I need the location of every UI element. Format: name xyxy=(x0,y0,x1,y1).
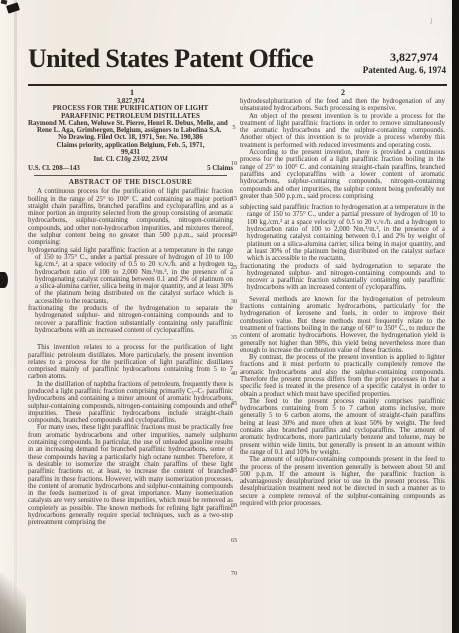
pencil-mark: 1 xyxy=(428,16,434,27)
body-divider-rule xyxy=(88,339,173,340)
body-paragraph: By contrast, the process of the present … xyxy=(240,354,445,398)
line-number: 15 xyxy=(228,195,240,202)
abstract-paragraph: hydrogenating said light paraffinic frac… xyxy=(28,247,233,305)
line-number: 60 xyxy=(228,502,240,509)
body-paragraph: In the distillation of naphtha fractions… xyxy=(28,381,233,425)
line-number: 70 xyxy=(228,570,240,577)
gutter-line-numbers: 5 10 15 20 25 30 35 40 45 50 55 60 65 70 xyxy=(228,0,240,633)
filing-line: No Drawing. Filed Oct. 18, 1971, Ser. No… xyxy=(28,134,233,141)
left-column: 3,827,974 PROCESS FOR THE PURIFICATION O… xyxy=(28,98,233,527)
line-number: 20 xyxy=(228,231,240,238)
line-number: 40 xyxy=(228,370,240,377)
priority-line-1: Claims priority, application Belgium, Fe… xyxy=(28,142,233,149)
us-cl: U.S. Cl. 208—143 xyxy=(28,165,80,172)
claim-step-paragraph: subjecting said paraffinic fraction to h… xyxy=(240,204,445,262)
int-cl-label: Int. Cl. xyxy=(93,156,116,163)
body-paragraph: An object of the present invention is to… xyxy=(240,113,445,149)
inventors-line: Raymond M. Cahen, Woluwe St. Pierre, Hen… xyxy=(28,120,233,135)
abstract-paragraph: A continuous process for the purificatio… xyxy=(28,188,233,246)
line-number: 45 xyxy=(228,400,240,407)
body-paragraph: The feed to the present process mainly c… xyxy=(240,398,445,456)
abstract-paragraph: fractionating the products of the hydrog… xyxy=(28,305,233,334)
line-number: 25 xyxy=(228,264,240,271)
right-column: hydrodesulphurization of the feed and th… xyxy=(240,98,445,507)
int-cl-line: Int. Cl. C10g 23/02, 23/04 xyxy=(28,156,233,163)
scan-left-edge-shadow xyxy=(14,0,17,633)
scan-right-edge-strip xyxy=(452,0,459,633)
scanned-patent-page: { "masthead": { "office_title": "United … xyxy=(0,0,459,633)
body-paragraph: According to the present invention, ther… xyxy=(240,149,445,200)
body-paragraph: The amount of sulphur-containing compoun… xyxy=(240,456,445,507)
patent-number: 3,827,974 xyxy=(390,50,438,65)
invention-title-line1: PROCESS FOR THE PURIFICATION OF LIGHT xyxy=(28,105,233,112)
body-paragraph: Several methods are known for the hydrog… xyxy=(240,296,445,354)
claim-step-paragraph: fractionating the products of said hydro… xyxy=(240,263,445,292)
abstract-divider-rule xyxy=(34,175,227,176)
us-cl-row: U.S. Cl. 208—143 5 Claims xyxy=(28,165,233,172)
body-paragraph: This invention relates to a process for … xyxy=(28,344,233,380)
line-number: 35 xyxy=(228,334,240,341)
int-cl-value: C10g 23/02, 23/04 xyxy=(116,156,168,163)
column-1-number: 1 xyxy=(130,88,134,97)
invention-title-line2: PARAFFINIC PETROLEUM DISTILLATES xyxy=(28,113,233,120)
heading-patent-number: 3,827,974 xyxy=(28,98,233,105)
priority-line-2: 99,431 xyxy=(28,149,233,156)
patented-date: Patented Aug. 6, 1974 xyxy=(363,65,446,75)
line-number: 5 xyxy=(228,124,240,131)
line-number: 10 xyxy=(228,160,240,167)
scan-shadow-bottom-left xyxy=(0,573,26,633)
line-number: 50 xyxy=(228,432,240,439)
abstract-heading: ABSTRACT OF THE DISCLOSURE xyxy=(28,179,233,186)
body-paragraph: hydrodesulphurization of the feed and th… xyxy=(240,98,445,113)
line-number: 65 xyxy=(228,537,240,544)
line-number: 55 xyxy=(228,467,240,474)
line-number: 30 xyxy=(228,298,240,305)
column-2-number: 2 xyxy=(341,88,345,97)
scan-artifact-left-edge xyxy=(0,272,8,288)
body-paragraph: For many uses, these light paraffinic fr… xyxy=(28,424,233,526)
